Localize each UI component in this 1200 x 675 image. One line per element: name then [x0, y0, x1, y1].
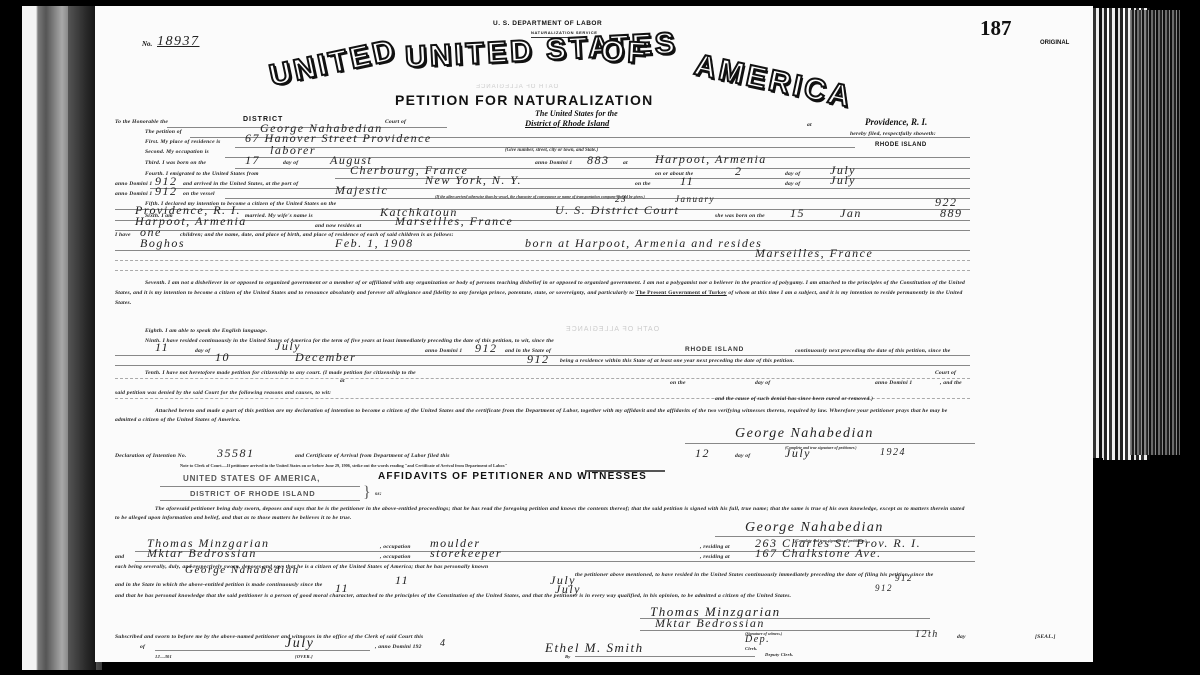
- residing-label: , residing at: [700, 544, 730, 550]
- rule: [160, 486, 360, 487]
- anno-label: anno Domini 1: [425, 348, 462, 354]
- certificate-month: July: [785, 446, 811, 461]
- child-residence: Marseilles, France: [755, 246, 873, 261]
- residence-since-day: 11: [155, 340, 169, 355]
- anno-label: anno Domini 1: [535, 160, 572, 166]
- venue-district-stamp: DISTRICT OF RHODE ISLAND: [190, 489, 315, 498]
- tenth-and-the: , and the: [940, 380, 962, 386]
- ghost-text: OATH OF ALLEGIANCE: [565, 326, 659, 333]
- arrived-label: and arrived in the United States, at the…: [183, 181, 298, 187]
- child-detail: born at Harpoot, Armenia and resides: [525, 236, 762, 251]
- rule: [150, 188, 970, 189]
- tenth-on-the: on the: [670, 380, 686, 386]
- attached-clause: Attached hereto and made a part of this …: [115, 407, 970, 425]
- page-number: 187: [980, 16, 1012, 41]
- child-birth: Feb. 1, 1908: [335, 236, 414, 251]
- state-since-month: December: [295, 350, 356, 365]
- residence-state-stamp: RHODE ISLAND: [685, 346, 744, 353]
- affidavit-text-2: each being severally, duly, and respecti…: [115, 564, 488, 570]
- affidavit-petitioner-signature: George Nahabedian: [745, 520, 884, 536]
- petitioner-label: The petition of: [145, 129, 182, 135]
- ghost-oath-text: OATH OF ALLEGIANCE: [475, 84, 558, 90]
- arrival-day: 11: [680, 174, 694, 189]
- arrival-month: July: [830, 173, 856, 188]
- day-of-label: day of: [785, 181, 800, 187]
- day-of-label: day of: [283, 160, 298, 166]
- child-name: Boghos: [140, 236, 185, 251]
- witness-2-name: Mktar Bedrossian: [147, 546, 257, 561]
- seal-label: [SEAL.]: [1035, 634, 1056, 640]
- and-label: and: [115, 554, 124, 560]
- court-location: Providence, R. I.: [865, 117, 927, 127]
- children-label: I have: [115, 232, 131, 238]
- on-the-label: on the: [635, 181, 651, 187]
- vessel-label: on the vessel: [183, 191, 215, 197]
- occupation-value: laborer: [270, 143, 316, 158]
- birth-place: Harpoot, Armenia: [655, 152, 767, 167]
- certificate-year: 1924: [880, 447, 906, 458]
- occupation-label: , occupation: [380, 554, 411, 560]
- at-label: at: [623, 160, 628, 166]
- court-of-label: Court of: [385, 119, 406, 125]
- married-label: married. My wife's name is: [245, 213, 313, 219]
- rule: [160, 500, 360, 501]
- banner-america: AMERICA: [691, 48, 856, 115]
- rule: [640, 630, 930, 631]
- clerk-note: Note to Clerk of Court.—If petitioner ar…: [180, 463, 508, 468]
- seventh-clause: Seventh. I am not a disbeliever in or op…: [115, 278, 970, 308]
- anno-label: anno Domini 1: [115, 191, 152, 197]
- at-label: at: [807, 122, 812, 128]
- wife-residence: Marseilles, France: [395, 214, 513, 229]
- birth-day: 17: [245, 153, 260, 168]
- state-tail-text: continuously next preceding the date of …: [795, 348, 950, 354]
- banner-of: OF: [600, 35, 649, 71]
- clerk-signature: Ethel M. Smith: [545, 640, 644, 656]
- certificate-label: and Certificate of Arrival from Departme…: [295, 453, 450, 459]
- residing-label: , residing at: [700, 554, 730, 560]
- declaration-number: 35581: [217, 446, 255, 461]
- anno-label: anno Domini 1: [115, 181, 152, 187]
- known-since-day: 11: [395, 573, 409, 588]
- eighth-clause: Eighth. I am able to speak the English l…: [145, 328, 267, 334]
- certificate-day: 12: [695, 446, 710, 461]
- birth-year: 883: [587, 153, 610, 168]
- rule: [575, 656, 755, 657]
- now-resides-label: and now resides at: [315, 223, 361, 229]
- form-number: 12—301: [155, 654, 172, 659]
- of-label: of: [140, 644, 145, 650]
- rule: [135, 561, 975, 562]
- rule: [115, 365, 970, 366]
- declaration-month: January: [675, 194, 715, 204]
- by-label: By: [565, 654, 570, 659]
- subscribed-year: 4: [440, 638, 447, 649]
- rule: [235, 168, 970, 169]
- affidavits-heading: AFFIDAVITS OF PETITIONER AND WITNESSES: [378, 471, 647, 482]
- tenth-anno: anno Domini 1: [875, 380, 912, 386]
- third-label: Third. I was born on the: [145, 160, 206, 166]
- brace: }: [363, 484, 371, 502]
- tenth-denied-text: said petition was denied by the said Cou…: [115, 390, 331, 396]
- day-label: day: [957, 634, 966, 640]
- second-label: Second. My occupation is: [145, 149, 209, 155]
- rule: [115, 378, 970, 379]
- witness-2-signature: Mktar Bedrossian: [655, 616, 765, 631]
- witness-2-occupation: storekeeper: [430, 546, 502, 561]
- wife-born-label: she was born on the: [715, 213, 765, 219]
- petition-document: U. S. DEPARTMENT OF LABOR NATURALIZATION…: [95, 6, 1093, 662]
- occupation-label: , occupation: [380, 544, 411, 550]
- document-title: PETITION FOR NATURALIZATION: [395, 92, 654, 108]
- court-name-line2: District of Rhode Island: [525, 118, 609, 128]
- banner-united: UNITED: [266, 33, 400, 93]
- deputy-clerk-label: Deputy Clerk.: [765, 652, 793, 657]
- petition-number: 18937: [157, 34, 200, 50]
- wife-birth-day: 15: [790, 206, 805, 221]
- to-honorable-label: To the Honorable the: [115, 119, 168, 125]
- residence-since-year: 912: [475, 341, 498, 356]
- known-since-year: 912: [895, 573, 913, 583]
- vessel-hint: (If the alien arrived otherwise than by …: [435, 194, 645, 199]
- declaration-number-label: Declaration of Intention No.: [115, 453, 187, 459]
- venue-country-stamp: UNITED STATES OF AMERICA,: [183, 474, 320, 483]
- residence-hint: (Give number, street, city or town, and …: [505, 148, 598, 153]
- day-of-label: day of: [195, 348, 210, 354]
- ss-label: ss:: [375, 491, 382, 497]
- rule: [115, 230, 970, 231]
- court-name-line1: The United States for the: [535, 109, 618, 118]
- rule: [115, 270, 970, 271]
- tenth-at: at: [340, 378, 345, 384]
- state-since-day: 10: [215, 350, 230, 365]
- clerk-suffix: Dep.: [745, 634, 770, 645]
- rule: [115, 260, 970, 261]
- right-page-stack-shadow: [1130, 10, 1180, 455]
- sovereign-value: The Present Government of Turkey: [636, 290, 727, 296]
- tenth-day-of: day of: [755, 380, 770, 386]
- day-of-label: day of: [735, 453, 750, 459]
- anno-label: , anno Domini 192: [375, 644, 422, 650]
- over-label: [OVER.]: [295, 654, 313, 659]
- subscribed-text: Subscribed and sworn to before me by the…: [115, 634, 423, 640]
- arrival-year: 912: [155, 184, 178, 199]
- ninth-end-text: being a residence within this State of a…: [560, 358, 794, 364]
- affidavit-text-4: and in the State in which the above-enti…: [115, 582, 322, 588]
- petition-number-label: No.: [142, 40, 152, 48]
- left-binding-shadow: [68, 6, 96, 670]
- affidavit-text-5: and that he has personal knowledge that …: [115, 592, 970, 601]
- tenth-clause: Tenth. I have not heretofore made petiti…: [145, 370, 416, 376]
- arrival-port: New York, N. Y.: [425, 173, 522, 188]
- hereby-filed-text: hereby filed, respectfully showeth:: [850, 131, 936, 137]
- tenth-court-of: Court of: [935, 370, 956, 376]
- scan-dark-margin: [1093, 458, 1103, 668]
- clerk-label: Clerk.: [745, 646, 758, 651]
- rule: [155, 650, 370, 651]
- wife-birth-year: 889: [940, 206, 963, 221]
- affidavit-text-3: the petitioner above mentioned, to have …: [575, 572, 933, 578]
- emigration-day: 2: [735, 164, 743, 179]
- subscribed-day: 12th: [915, 629, 939, 640]
- rule: [685, 443, 975, 444]
- known-petitioner-name: George Nahabedian: [185, 564, 300, 576]
- petitioner-signature: George Nahabedian: [735, 426, 874, 442]
- first-label: First. My place of residence is: [145, 139, 221, 145]
- day-of-label: day of: [785, 171, 800, 177]
- department-heading: U. S. DEPARTMENT OF LABOR: [493, 20, 602, 27]
- vessel-name: Majestic: [335, 183, 388, 198]
- tenth-end-text: and the cause of such denial has since b…: [715, 396, 873, 402]
- state-stamp: RHODE ISLAND: [875, 142, 927, 148]
- declaration-court: U. S. District Court: [555, 203, 679, 218]
- wife-birth-month: Jan: [840, 206, 862, 221]
- original-label: ORIGINAL: [1040, 40, 1069, 46]
- witness-2-residence: 167 Chalkstone Ave.: [755, 546, 882, 561]
